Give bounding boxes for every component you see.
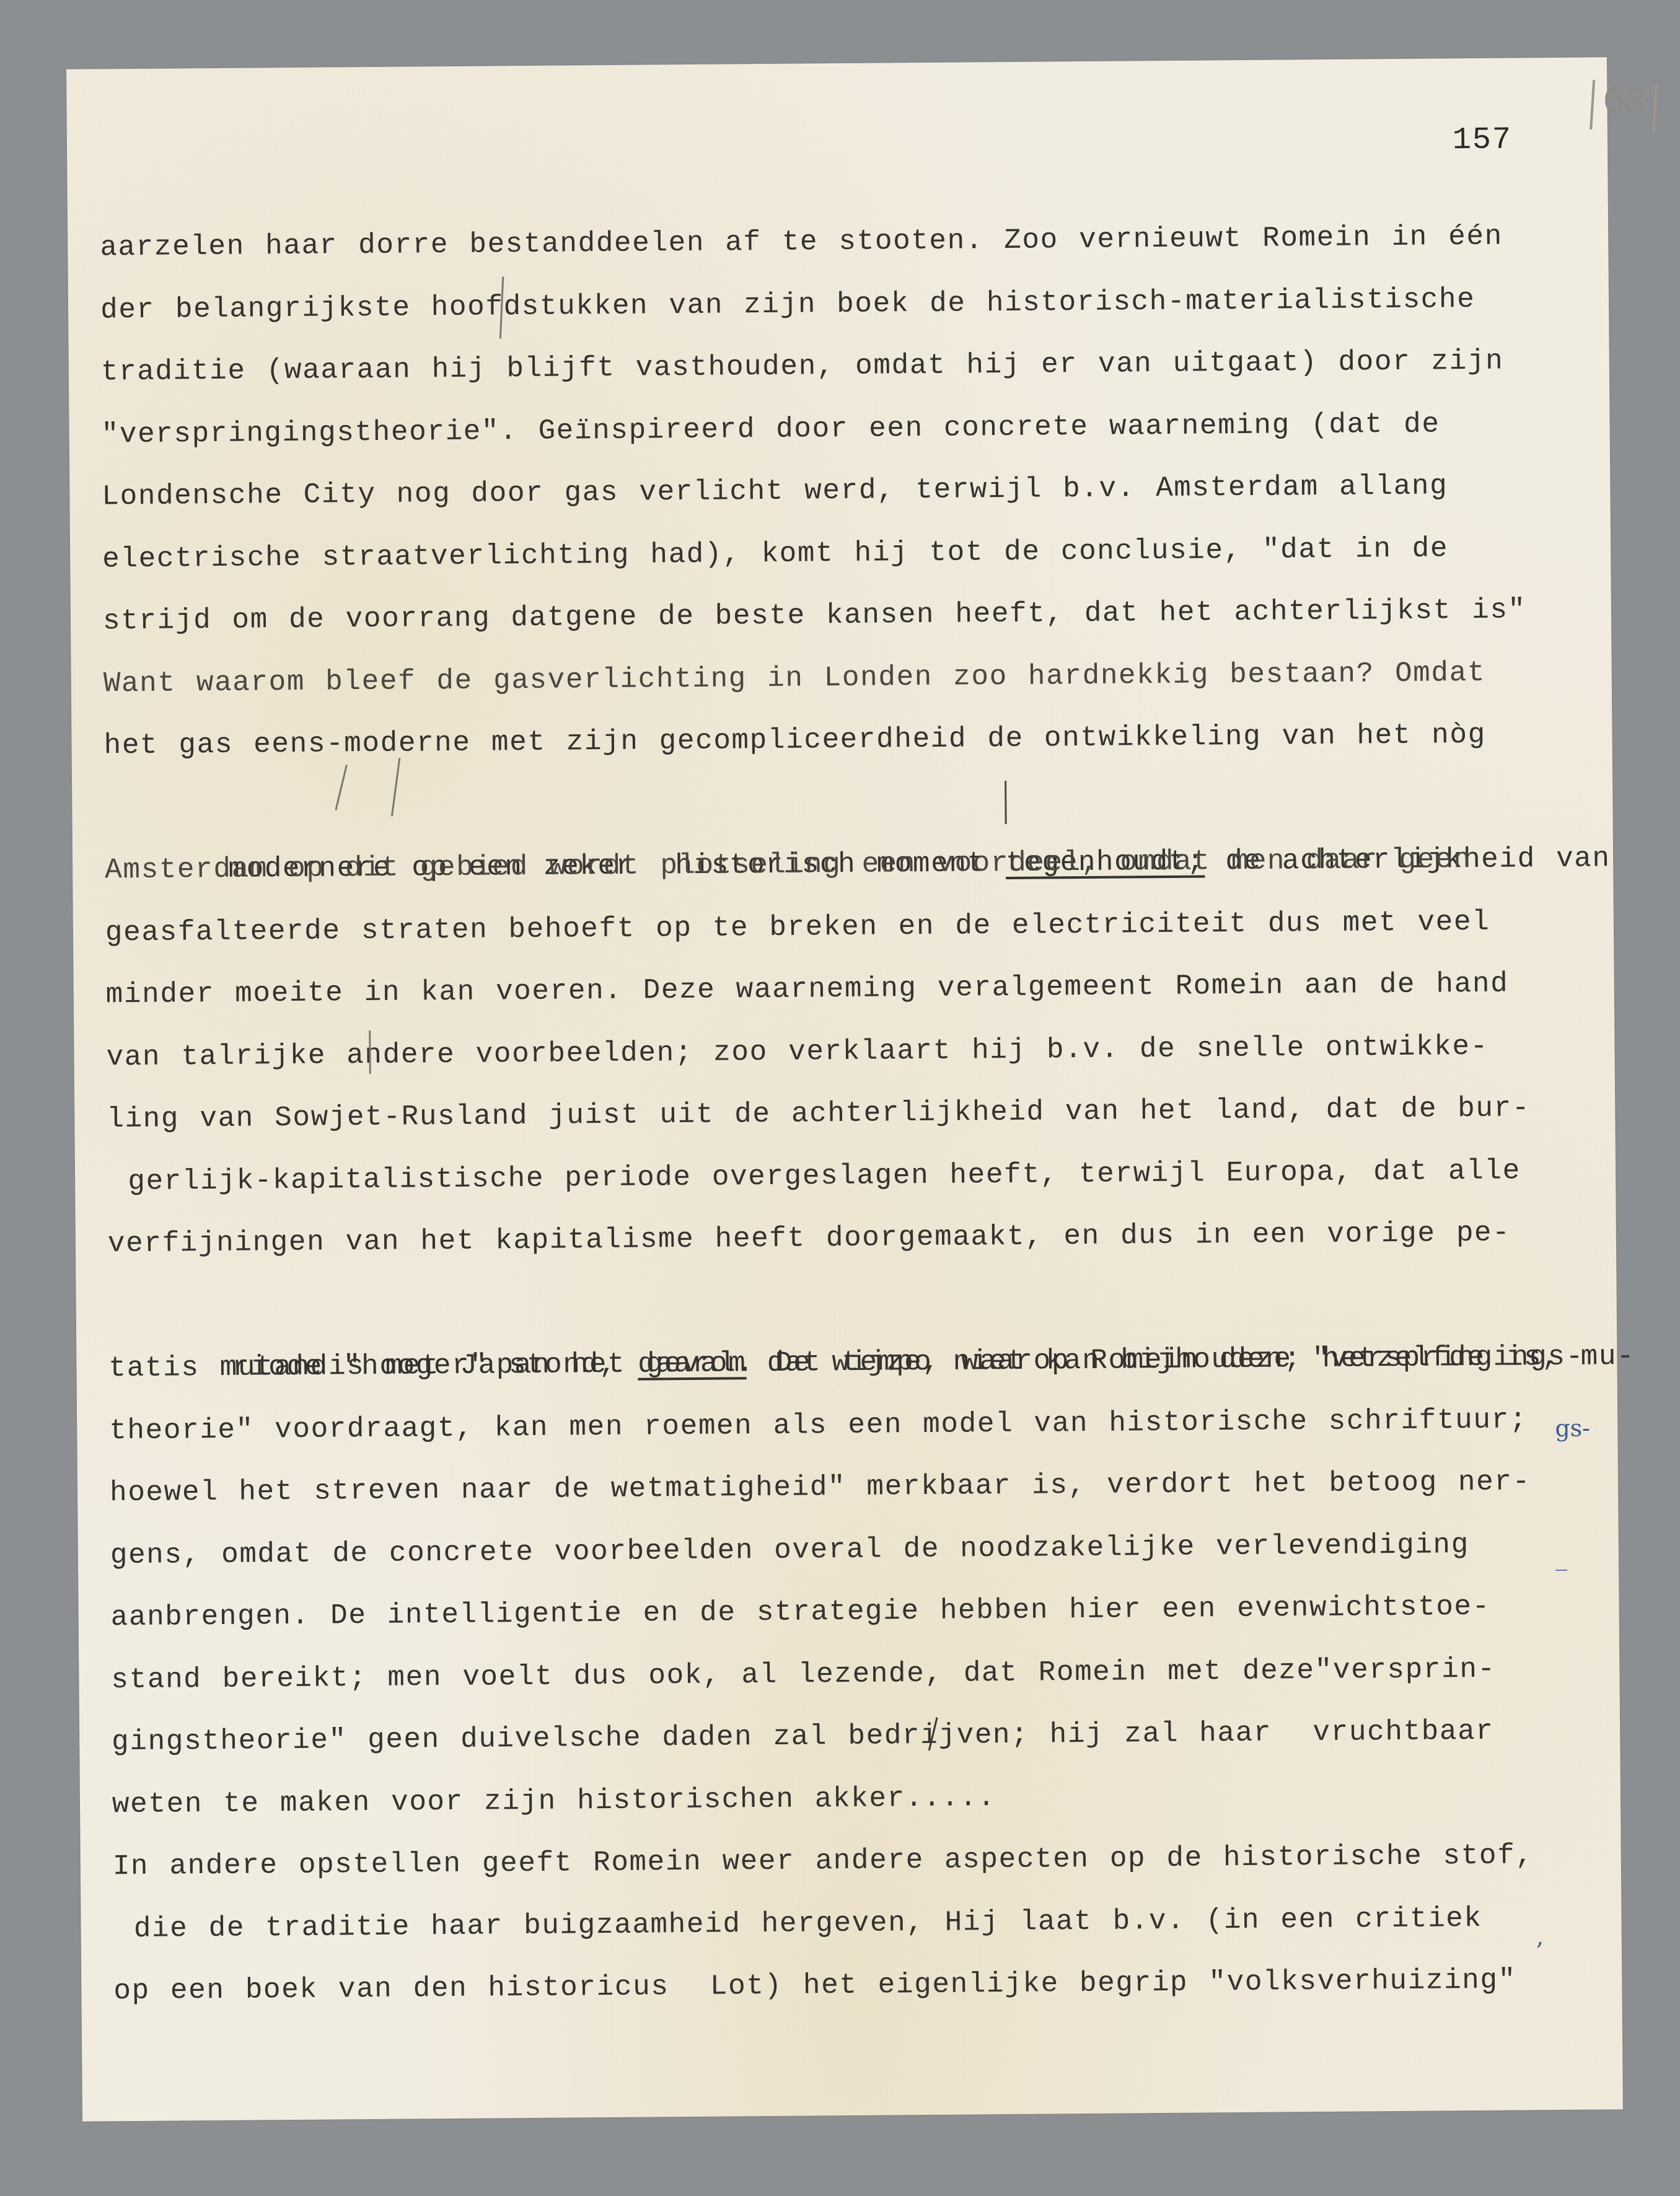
text-line: aarzelen haar dorre bestanddeelen af te … xyxy=(100,204,1612,279)
text-line: traditie (waaraan hij blijft vasthouden,… xyxy=(100,329,1613,403)
text-line: strijd om de voorrang datgene de beste k… xyxy=(103,578,1616,652)
archive-number-bracketed: 68 xyxy=(1590,80,1657,133)
text-line: weten te maken voor zijn historischen ak… xyxy=(112,1762,1625,1836)
page-number: 157 xyxy=(1453,122,1512,158)
text-line: gerlijk-kapitalistische periode overgesl… xyxy=(107,1139,1620,1213)
blue-ink-hyphen-mark: _ xyxy=(1555,1544,1567,1571)
text-line: stand bereikt; men voelt dus ook, al lez… xyxy=(111,1637,1624,1711)
text-line: der belangrijkste hoofdstukken van zijn … xyxy=(100,267,1613,341)
blue-ink-comma-mark: , xyxy=(1536,1923,1544,1950)
text-line-with-underline: riode "hooger" stond, daarom dat tempo n… xyxy=(108,1263,1621,1338)
typed-page: 157 68 aarzelen haar dorre bestanddeelen… xyxy=(66,57,1623,2121)
text-line: die de traditie haar buigzaamheid hergev… xyxy=(113,1886,1625,1961)
text-line: gingstheorie" geen duivelsche daden zal … xyxy=(112,1699,1624,1773)
text-line: aanbrengen. De intelligentie en de strat… xyxy=(110,1575,1623,1649)
pencil-correction-mark xyxy=(369,1030,371,1074)
text-line: Want waarom bleef de gasverlichting in L… xyxy=(103,641,1616,715)
text-line: minder moeite in kan voeren. Deze waarne… xyxy=(105,952,1618,1026)
text-line-with-underline: modernere op een zeker historisch moment… xyxy=(104,765,1617,840)
text-line: hoewel het streven naar de wetmatigheid"… xyxy=(110,1450,1622,1524)
text-line: verfijningen van het kapitalisme heeft d… xyxy=(108,1201,1621,1275)
blue-ink-hyphen-mark: gs- xyxy=(1555,1415,1590,1442)
text-line: geasfalteerde straten behoeft op te brek… xyxy=(105,890,1618,964)
text-line: In andere opstellen geeft Romein weer an… xyxy=(112,1824,1625,1898)
text-line: Amsterdam op dit gebied wordt plotseling… xyxy=(105,827,1617,902)
text-line: gens, omdat de concrete voorbeelden over… xyxy=(110,1513,1622,1587)
text-line: van talrijke andere voorbeelden; zoo ver… xyxy=(106,1014,1619,1089)
text-line: electrische straatverlichting had), komt… xyxy=(102,516,1615,591)
text-line: theorie" voordraagt, kan men roemen als … xyxy=(109,1388,1622,1462)
text-line: het gas eens-moderne met zijn gecomplice… xyxy=(103,703,1616,777)
pencil-correction-mark xyxy=(1005,781,1007,824)
text-line: "verspringingstheorie". Geïnspireerd doo… xyxy=(101,392,1614,466)
text-line: tatis mutandis met Japan het geval. De w… xyxy=(108,1325,1621,1400)
text-line: Londensche City nog door gas verlicht we… xyxy=(102,454,1614,528)
text-line: op een boek van den historicus Lot) het … xyxy=(113,1948,1626,2023)
typed-body-text: aarzelen haar dorre bestanddeelen af te … xyxy=(100,204,1626,2023)
text-line: ling van Sowjet-Rusland juist uit de ach… xyxy=(107,1076,1619,1151)
